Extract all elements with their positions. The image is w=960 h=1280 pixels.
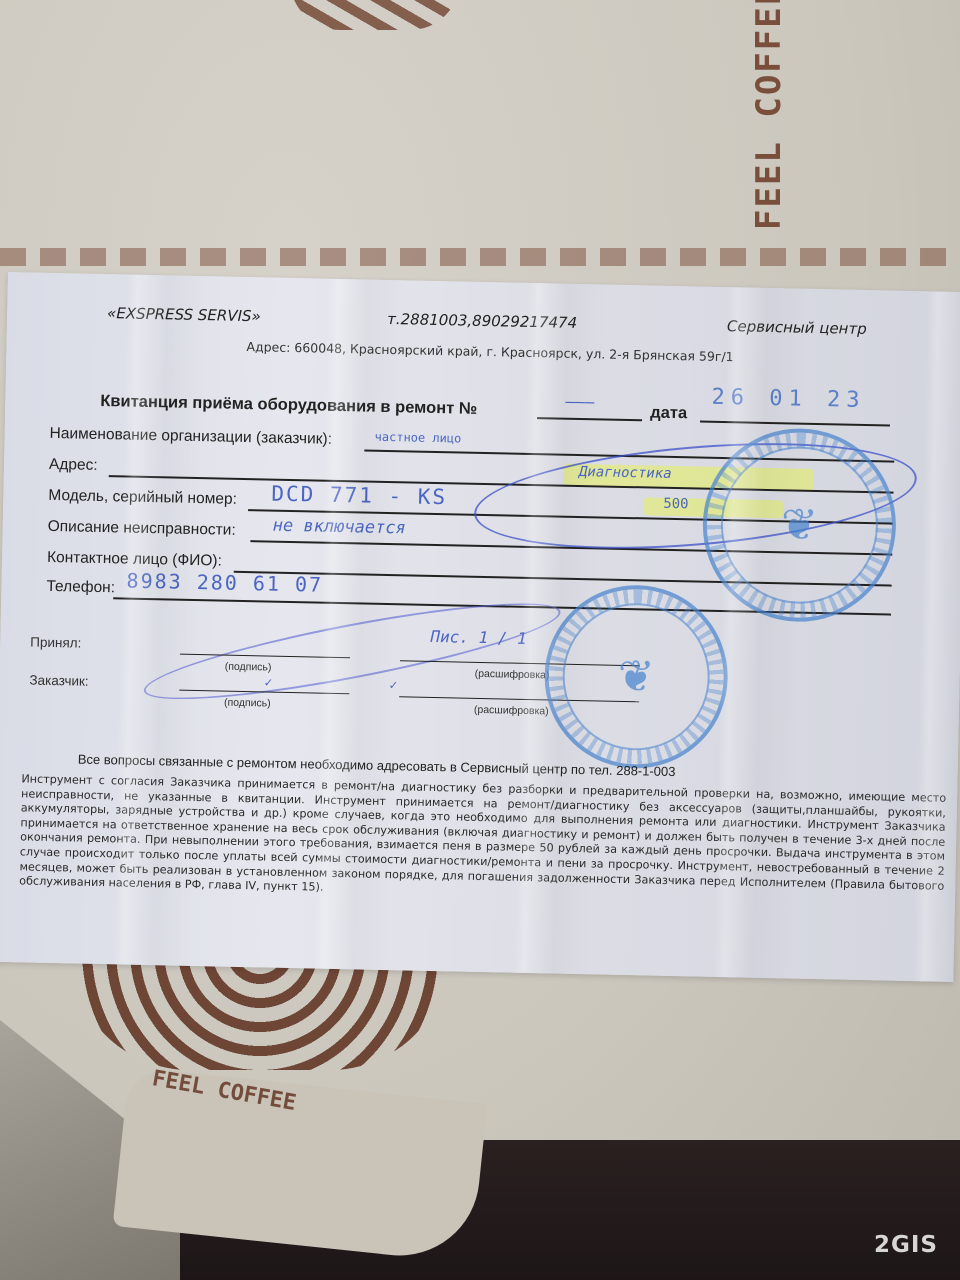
- stamp-text-ring: [547, 587, 726, 766]
- highlighter-mark: [564, 464, 814, 491]
- company-stamp: ❦: [543, 583, 730, 770]
- cloth-pattern-strip: [0, 248, 960, 266]
- receipt-number: ———: [565, 392, 594, 412]
- field-value-organization: частное лицо: [374, 430, 461, 446]
- field-value-model: DCD 771 - KS: [271, 482, 447, 510]
- eagle-emblem-icon: ❦: [780, 499, 818, 551]
- terms-and-conditions: Инструмент с согласия Заказчика принимае…: [19, 772, 946, 908]
- field-line: [250, 540, 892, 555]
- date-label: дата: [650, 403, 687, 423]
- field-value-phone: 8983 280 61 07: [126, 569, 323, 597]
- phone-numbers: т.2881003,89029217474: [387, 310, 577, 332]
- accepted-name: Пис. 1 / 1: [430, 627, 527, 648]
- field-line: [113, 597, 891, 615]
- signature-line: [180, 654, 350, 659]
- margin-note-price: 500: [663, 496, 689, 513]
- signature-caption: (подпись): [225, 661, 272, 674]
- contact-notice: Все вопросы связанные с ремонтом необход…: [78, 752, 676, 780]
- customer-checkmark: ✓: [264, 675, 272, 690]
- field-line: [234, 571, 892, 586]
- accepted-label: Принял:: [30, 635, 81, 651]
- field-line: [109, 475, 894, 493]
- field-value-fault: не включается: [273, 516, 406, 539]
- customer-checkmark: ✓: [389, 678, 397, 693]
- company-stamp: ❦: [701, 427, 898, 624]
- signature-caption: (подпись): [224, 697, 271, 710]
- highlighter-mark: [643, 497, 783, 518]
- brand-name: «EXSPRESS SERVIS»: [107, 304, 261, 325]
- cloth-pattern-text: FEEL COFFEE: [750, 0, 950, 230]
- field-label-organization: Наименование организации (заказчик):: [49, 425, 332, 449]
- decode-line: [400, 660, 640, 666]
- decode-caption: (расшифровка): [475, 668, 550, 682]
- number-underline: [537, 417, 642, 421]
- field-label-fault: Описание неисправности:: [47, 518, 235, 540]
- stamp-text-ring: [705, 431, 894, 620]
- receipt-header: «EXSPRESS SERVIS» т.2881003,89029217474 …: [7, 302, 947, 322]
- company-address: Адрес: 660048, Красноярский край, г. Кра…: [246, 339, 733, 364]
- date-underline: [700, 421, 890, 426]
- decode-line: [399, 696, 639, 702]
- 2gis-watermark: 2GIS: [874, 1232, 938, 1258]
- signature-scribble: [139, 585, 566, 717]
- customer-label: Заказчик:: [29, 673, 89, 689]
- field-line: [364, 450, 894, 463]
- field-line: [248, 509, 893, 524]
- decode-caption: (расшифровка): [474, 704, 549, 718]
- receipt-title: Квитанция приёма оборудования в ремонт №: [100, 392, 477, 419]
- signature-line: [179, 690, 349, 695]
- field-label-contact: Контактное лицо (ФИО):: [47, 549, 222, 571]
- field-label-address: Адрес:: [49, 456, 98, 475]
- margin-note-diagnostics: Диагностика: [579, 464, 672, 482]
- field-label-model: Модель, серийный номер:: [48, 487, 237, 509]
- pen-loop-mark: [470, 428, 921, 564]
- eagle-emblem-icon: ❦: [617, 651, 655, 703]
- repair-receipt: «EXSPRESS SERVIS» т.2881003,89029217474 …: [0, 272, 960, 982]
- field-label-phone: Телефон:: [46, 578, 115, 597]
- date-value: 26 01 23: [711, 385, 865, 413]
- service-center-label: Сервисный центр: [727, 317, 867, 338]
